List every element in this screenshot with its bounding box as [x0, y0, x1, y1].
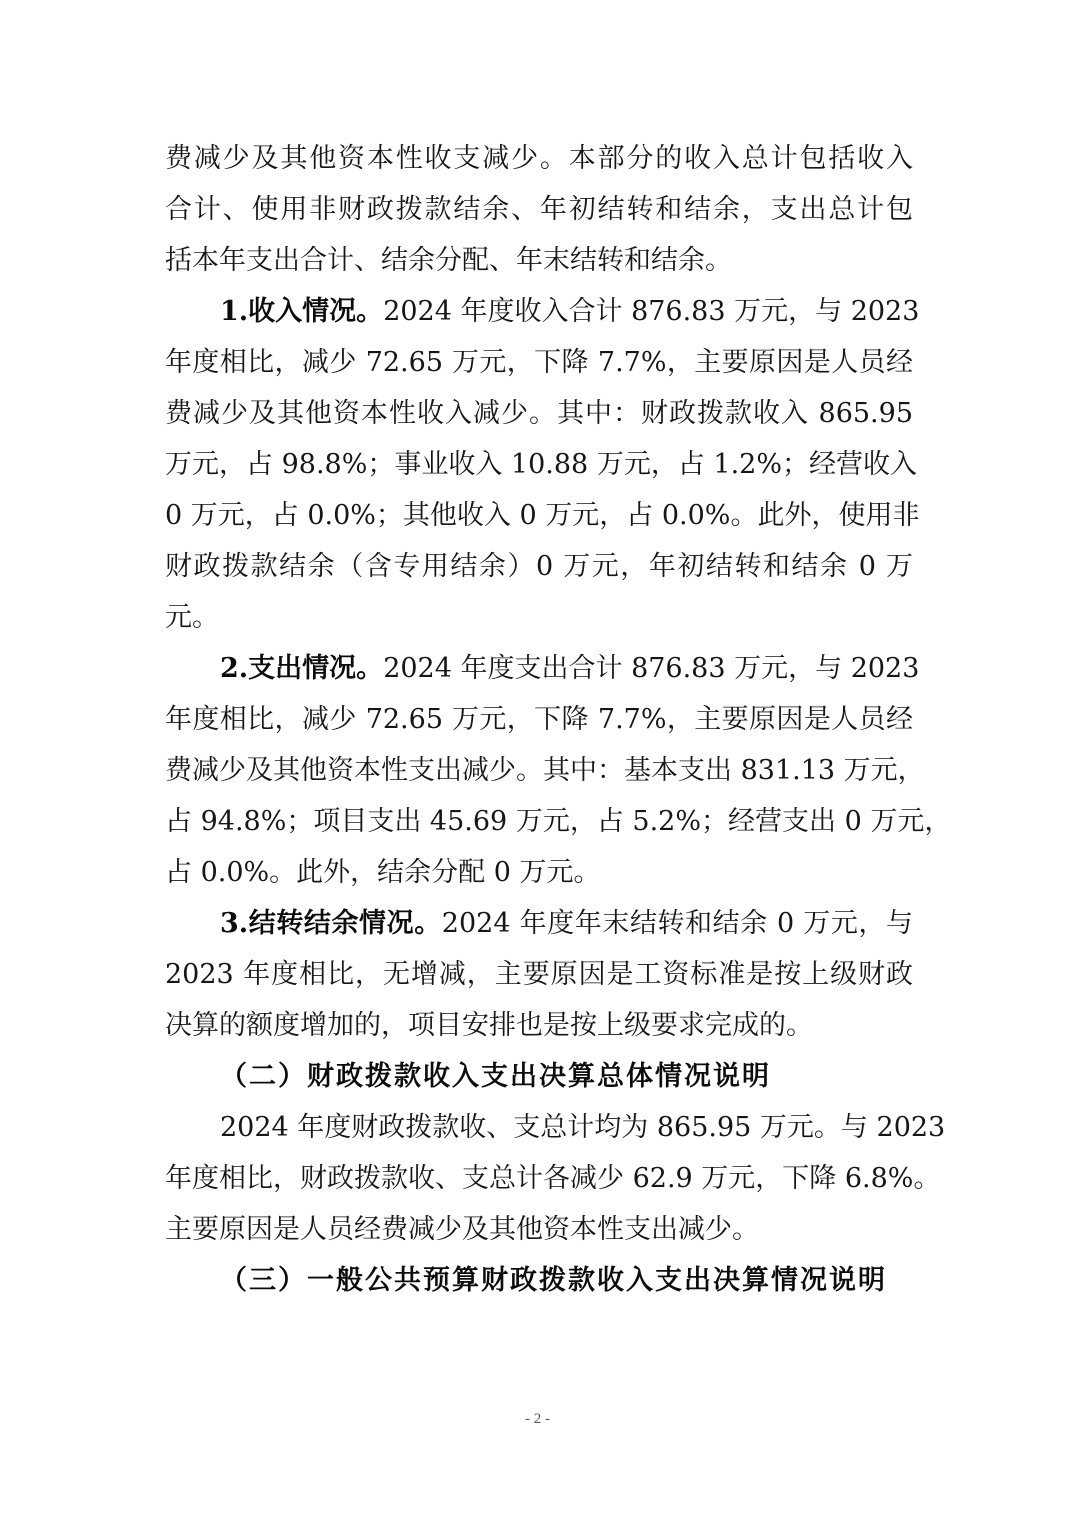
paragraph-line: 主要原因是人员经费减少及其他资本性支出减少。	[165, 1210, 913, 1250]
carryover-first-line-text: 2024 年度年末结转和结余 0 万元，与	[442, 908, 913, 939]
expenditure-title: 2.支出情况。	[220, 653, 383, 684]
paragraph-line: 费减少及其他资本性收入减少。其中：财政拨款收入 865.95	[165, 394, 913, 434]
paragraph-line: 年度相比，减少 72.65 万元，下降 7.7%，主要原因是人员经	[165, 343, 913, 383]
section-heading-2: （二）财政拨款收入支出决算总体情况说明	[220, 1057, 771, 1097]
paragraph-line: 2023 年度相比，无增减，主要原因是工资标准是按上级财政	[165, 955, 913, 995]
paragraph-line: 年度相比，减少 72.65 万元，下降 7.7%，主要原因是人员经	[165, 700, 913, 740]
income-first-line-text: 2024 年度收入合计 876.83 万元，与 2023	[383, 296, 919, 327]
paragraph-line: 决算的额度增加的，项目安排也是按上级要求完成的。	[165, 1006, 913, 1046]
carryover-paragraph-first-line: 3.结转结余情况。2024 年度年末结转和结余 0 万元，与	[220, 904, 913, 944]
paragraph-line: 括本年支出合计、结余分配、年末结转和结余。	[165, 241, 913, 281]
section-heading-3: （三）一般公共预算财政拨款收入支出决算情况说明	[220, 1261, 887, 1301]
expenditure-paragraph-first-line: 2.支出情况。2024 年度支出合计 876.83 万元，与 2023	[220, 649, 913, 689]
paragraph-line: 元。	[165, 598, 913, 638]
paragraph-line: 费减少及其他资本性收支减少。本部分的收入总计包括收入	[165, 139, 913, 179]
paragraph-line: 财政拨款结余（含专用结余）0 万元，年初结转和结余 0 万	[165, 547, 913, 587]
paragraph-line: 2024 年度财政拨款收、支总计均为 865.95 万元。与 2023	[220, 1108, 913, 1148]
page-number: - 2 -	[0, 1411, 1075, 1428]
paragraph-line: 费减少及其他资本性支出减少。其中：基本支出 831.13 万元，	[165, 751, 913, 791]
expenditure-first-line-text: 2024 年度支出合计 876.83 万元，与 2023	[383, 653, 919, 684]
paragraph-line: 年度相比，财政拨款收、支总计各减少 62.9 万元，下降 6.8%。	[165, 1159, 913, 1199]
paragraph-line: 万元，占 98.8%；事业收入 10.88 万元，占 1.2%；经营收入	[165, 445, 913, 485]
paragraph-line: 占 0.0%。此外，结余分配 0 万元。	[165, 853, 913, 893]
carryover-title: 3.结转结余情况。	[220, 908, 442, 939]
paragraph-line: 占 94.8%；项目支出 45.69 万元，占 5.2%；经营支出 0 万元，	[165, 802, 913, 842]
document-page: 费减少及其他资本性收支减少。本部分的收入总计包括收入 合计、使用非财政拨款结余、…	[0, 0, 1075, 1520]
income-title: 1.收入情况。	[220, 296, 383, 327]
paragraph-line: 0 万元，占 0.0%；其他收入 0 万元，占 0.0%。此外，使用非	[165, 496, 913, 536]
income-paragraph-first-line: 1.收入情况。2024 年度收入合计 876.83 万元，与 2023	[220, 292, 913, 332]
paragraph-line: 合计、使用非财政拨款结余、年初结转和结余，支出总计包	[165, 190, 913, 230]
